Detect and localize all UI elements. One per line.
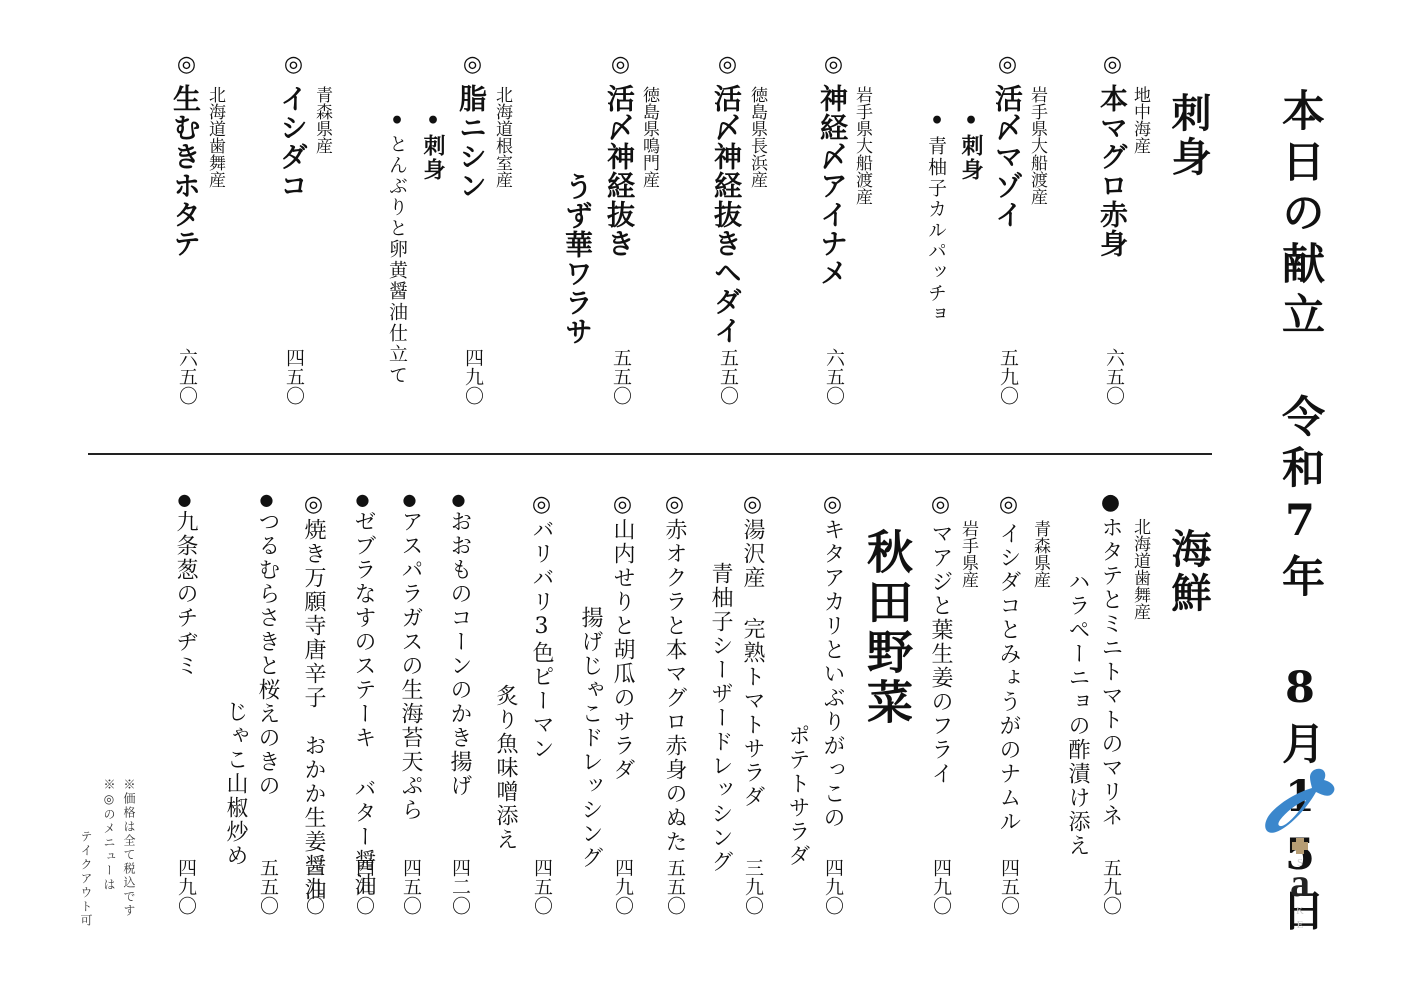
takeout-mark-icon: ◎	[822, 52, 844, 77]
menu-item-name[interactable]: 活〆神経抜きヘダイ	[712, 84, 740, 345]
item-price: 四五〇	[999, 858, 1018, 915]
bullet-icon: •	[386, 108, 408, 136]
menu-option: 青柚子カルパッチョ	[926, 136, 945, 325]
item-price: 五五〇	[611, 348, 630, 405]
bullet-icon: ●	[258, 490, 274, 509]
menu-item-name[interactable]: キタアカリといぶりがっこの	[821, 518, 843, 830]
menu-option: 刺身	[422, 134, 444, 182]
item-price: 四九〇	[931, 858, 950, 915]
menu-item-name-line2: 炙り魚味噌添え	[494, 684, 516, 852]
svg-text:E: E	[1297, 919, 1304, 931]
takeout-mark-icon: ◎	[663, 492, 685, 517]
bullet-icon: •	[926, 108, 948, 136]
takeout-mark-icon: ◎	[929, 492, 951, 517]
section-heading-akita-vegetables: 秋田野菜	[864, 528, 910, 728]
item-origin: 岩手県産	[959, 520, 976, 588]
takeout-mark-icon: ◎	[175, 52, 197, 77]
bullet-icon: ●	[401, 490, 417, 509]
takeout-mark-icon: ◎	[609, 52, 631, 77]
item-price: 四九〇	[463, 348, 482, 405]
item-origin: 岩手県大船渡産	[853, 86, 870, 205]
item-price: 四九〇	[823, 858, 842, 915]
item-origin: 北海道根室産	[493, 86, 510, 188]
section-divider	[88, 453, 1212, 455]
menu-item-name[interactable]: 九条葱のチヂミ	[174, 510, 196, 678]
takeout-mark-icon: ◎	[716, 52, 738, 77]
item-origin: 徳島県長浜産	[748, 86, 765, 188]
menu-option: 刺身	[960, 134, 982, 182]
takeout-mark-icon: ◎	[997, 492, 1019, 517]
restaurant-logo: S a K E	[1262, 762, 1342, 942]
item-price: 五五〇	[718, 348, 737, 405]
item-price: 三九〇	[743, 858, 762, 915]
item-price: 四五〇	[401, 858, 420, 915]
item-origin: 青森県産	[313, 86, 330, 154]
menu-item-name[interactable]: 生むきホタテ	[171, 84, 199, 258]
svg-text:K: K	[1296, 905, 1304, 917]
item-price: 四二〇	[450, 858, 469, 915]
menu-item-name[interactable]: 本マグロ赤身	[1098, 84, 1126, 258]
takeout-mark-icon: ◎	[461, 52, 483, 77]
bullet-icon: •	[422, 108, 444, 136]
bullet-icon: ●	[1099, 490, 1121, 515]
item-origin: 北海道歯舞産	[1131, 518, 1148, 620]
item-price: 四九〇	[613, 858, 632, 915]
menu-item-name[interactable]: ホタテとミニトマトのマリネ	[1099, 516, 1121, 828]
item-price: 六五〇	[1104, 348, 1123, 405]
menu-item-name[interactable]: 赤オクラと本マグロ赤身のぬた	[663, 518, 685, 854]
section-heading-sashimi: 刺身	[1168, 92, 1208, 180]
menu-item-name-line2: ハラペーニョの酢漬け添え	[1066, 570, 1088, 858]
section-heading-seafood: 海鮮	[1168, 528, 1208, 616]
takeout-mark-icon: ◎	[741, 492, 763, 517]
menu-item-name-line2: 青柚子シーザードレッシング	[709, 562, 731, 874]
takeout-mark-icon: ◎	[821, 492, 843, 517]
menu-item-name-line2: うず華ワラサ	[563, 172, 591, 346]
menu-item-name[interactable]: マアジと葉生姜のフライ	[929, 522, 951, 786]
menu-item-name[interactable]: イシダコとみょうがのナムル	[997, 522, 1019, 834]
menu-item-name[interactable]: おおものコーンのかき揚げ	[448, 510, 470, 798]
bullet-icon: ●	[354, 490, 370, 509]
item-origin: 北海道歯舞産	[206, 86, 223, 188]
menu-item-name-line2: 揚げじゃこドレッシング	[579, 606, 601, 870]
footnote-takeout: ※◎のメニューは	[103, 778, 115, 892]
menu-item-name[interactable]: イシダコ	[278, 84, 306, 200]
menu-item-name[interactable]: 神経〆アイナメ	[818, 84, 846, 287]
menu-item-name[interactable]: つるむらさきと桜えのきの	[256, 510, 278, 798]
svg-text:a: a	[1290, 860, 1310, 905]
takeout-mark-icon: ◎	[530, 492, 552, 517]
menu-item-name[interactable]: 湯沢産 完熟トマトサラダ	[741, 518, 763, 809]
menu-item-name[interactable]: 活〆神経抜き	[605, 84, 633, 258]
item-price: 四九〇	[176, 858, 195, 915]
logo-mark-icon: S a K E	[1262, 762, 1342, 942]
item-price: 三九〇	[304, 858, 323, 915]
bullet-icon: •	[960, 108, 982, 136]
item-price: 六五〇	[824, 348, 843, 405]
menu-item-name[interactable]: 活〆マゾイ	[993, 84, 1021, 229]
footnote-takeout-line2: テイクアウト可	[80, 830, 92, 928]
item-price: 五五〇	[258, 858, 277, 915]
item-origin: 岩手県大船渡産	[1028, 86, 1045, 205]
item-origin: 徳島県鳴門産	[640, 86, 657, 188]
menu-item-name[interactable]: 山内せりと胡瓜のサラダ	[611, 518, 633, 782]
menu-item-name-line2: ポテトサラダ	[786, 724, 808, 868]
item-price: 五九〇	[998, 348, 1017, 405]
menu-item-name[interactable]: ゼブラなすのステーキ バター醤油	[352, 510, 374, 897]
takeout-mark-icon: ◎	[1101, 52, 1123, 77]
item-price: 四五〇	[532, 858, 551, 915]
takeout-mark-icon: ◎	[302, 492, 324, 517]
item-price: 六五〇	[177, 348, 196, 405]
menu-item-name[interactable]: 脂ニシン	[457, 84, 485, 200]
menu-item-name[interactable]: 焼き万願寺唐辛子 おかか生姜醤油	[302, 518, 324, 902]
takeout-mark-icon: ◎	[996, 52, 1018, 77]
footnote-tax: ※価格は全て税込です	[123, 778, 135, 918]
bullet-icon: ●	[450, 490, 466, 509]
menu-item-name[interactable]: バリバリ3色ピーマン	[530, 518, 552, 761]
takeout-mark-icon: ◎	[282, 52, 304, 77]
item-price: 五五〇	[665, 858, 684, 915]
menu-item-name-line2: じゃこ山椒炒め	[224, 700, 246, 868]
item-origin: 青森県産	[1031, 520, 1048, 588]
menu-item-name[interactable]: アスパラガスの生海苔天ぷら	[399, 510, 421, 822]
menu-option: とんぶりと卵黄醤油仕立て	[387, 134, 406, 386]
item-price: 四五〇	[284, 348, 303, 405]
takeout-mark-icon: ◎	[611, 492, 633, 517]
item-price: 四九〇	[354, 858, 373, 915]
item-origin: 地中海産	[1131, 86, 1148, 154]
item-price: 五九〇	[1101, 858, 1120, 915]
bullet-icon: ●	[176, 490, 192, 509]
